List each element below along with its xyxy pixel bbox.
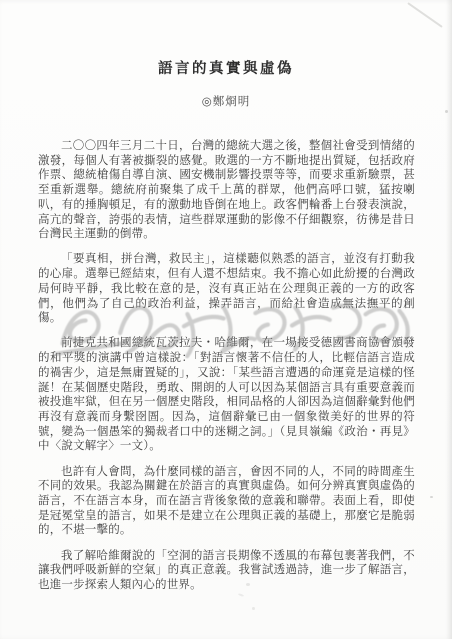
scan-speck [246, 583, 250, 586]
scan-speck [430, 496, 433, 498]
paragraph-1: 二〇〇四年三月二十日，台灣的總統大選之後，整個社會受到情緒的激發，每個人有著被撕… [38, 138, 415, 241]
author-byline: ◎鄭烱明 [0, 93, 452, 109]
paragraph-2: 「要真相，拼台灣，救民主」，這樣聽似熟悉的語言，並沒有打動我的心扉。選舉已經結束… [38, 251, 415, 325]
paragraph-3: 前捷克共和國總統瓦茨拉夫・哈維爾，在一場接受德國書商協會頒發的和平獎的演講中曾這… [38, 335, 415, 453]
paragraph-5: 我了解哈維爾說的「空洞的語言長期像不透風的布幕包裹著我們，不讓我們呼吸新鮮的空氣… [38, 548, 415, 592]
scan-speck [238, 593, 244, 597]
scan-streak-artifact [407, 2, 443, 28]
paragraph-4: 也許有人會問，為什麼同樣的語言，會因不同的人，不同的時間產生不同的效果。我認為關… [38, 464, 415, 538]
scan-edge-shadow [446, 0, 452, 639]
scan-speck [445, 110, 448, 113]
page-title: 語言的真實與虛偽 [0, 57, 452, 78]
scanned-document-page: 語言的真實與虛偽 ◎鄭烱明 二〇〇四年三月二十日，台灣的總統大選之後，整個社會受… [0, 0, 452, 639]
document-body: 二〇〇四年三月二十日，台灣的總統大選之後，整個社會受到情緒的激發，每個人有著被撕… [38, 138, 415, 592]
scan-speck [252, 607, 255, 610]
